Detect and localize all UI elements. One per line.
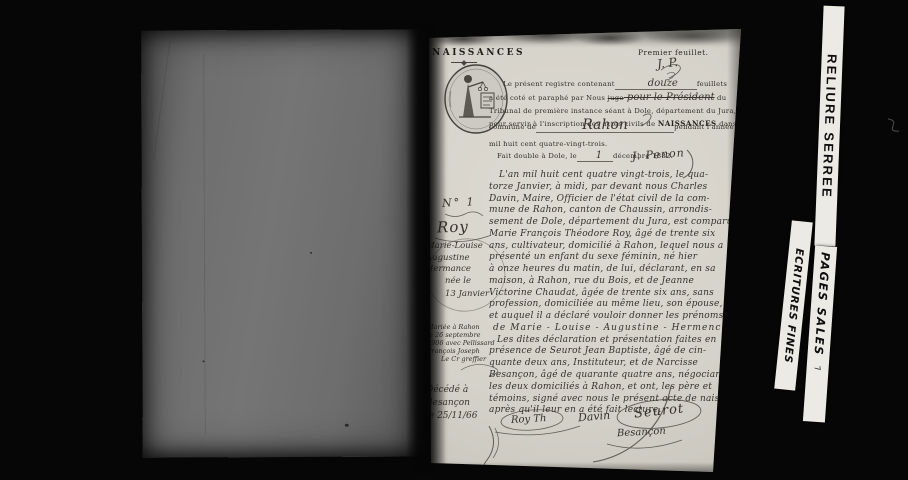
- margin-death-line: Besançon: [426, 397, 492, 410]
- page-crease: [153, 41, 170, 160]
- act-text-line: présenté un enfant du sexe féminin, né h…: [489, 252, 729, 264]
- act-number: N° 1: [442, 195, 476, 210]
- left-blank-page: [141, 29, 429, 457]
- margin-death-note: Décédé àBesançonle 25/11/66: [426, 384, 492, 423]
- margin-child-surname: Roy: [437, 217, 469, 236]
- page-crease: [203, 54, 206, 434]
- archive-label-text: RELIURE SERREE: [819, 53, 840, 198]
- officer-signature: Davin: [577, 409, 610, 425]
- preamble-line: Fait double à Dole, le1décembre 1882.: [489, 143, 741, 162]
- text-segment: commune de: [489, 123, 536, 131]
- dust-speck: [203, 360, 205, 362]
- page-edge-shadow: [425, 462, 743, 474]
- act-body-text: L'an mil huit cent quatre vingt-trois, l…: [489, 170, 729, 417]
- birth-act-page: NAISSANCES Premier feuillet. J. P. Le pr…: [425, 28, 743, 474]
- dust-speck: [310, 252, 312, 254]
- dust-speck: [345, 424, 349, 427]
- act-text-line: ans, cultivateur, domicilié à Rahon, leq…: [489, 241, 729, 253]
- registrar-paraph: J. P.: [656, 55, 678, 71]
- act-text-line: les deux domiciliés à Rahon, et ont, les…: [489, 382, 729, 394]
- margin-death-line: le 25/11/66: [426, 410, 492, 423]
- act-text-line: témoins, signé avec nous le présent acte…: [489, 394, 729, 406]
- act-text-line: torze Janvier, à midi, par devant nous C…: [489, 182, 729, 194]
- witness-signature: Besançon: [617, 426, 666, 440]
- act-text-line: Marie François Théodore Roy, âgé de tren…: [489, 229, 729, 241]
- archive-label-pages-sales: PAGES SALES 7: [803, 245, 837, 422]
- act-text-line: Besançon, âgé de quarante quatre ans, né…: [489, 370, 729, 382]
- act-text-line: profession, domiciliée au même lieu, son…: [489, 299, 729, 311]
- act-text-line: et auquel il a déclaré vouloir donner le…: [489, 311, 729, 323]
- act-text-line: L'an mil huit cent quatre vingt-trois, l…: [489, 170, 729, 182]
- archive-label-text: ECRITURES FINES: [781, 247, 805, 363]
- act-text-line: Davin, Maire, Officier de l'état civil d…: [489, 194, 729, 206]
- act-text-line: quante deux ans, Instituteur, et de Narc…: [489, 358, 729, 370]
- text-segment: 1: [577, 151, 613, 162]
- film-scratch-mark: [886, 116, 900, 134]
- act-text-line: Les dites déclaration et présentation fa…: [489, 335, 729, 347]
- declarant-signature: Roy Th: [511, 413, 547, 426]
- archive-label-annotation: 7: [813, 366, 822, 372]
- act-text-line: présence de Seurot Jean Baptiste, âgé de…: [489, 346, 729, 358]
- act-text-line: maison, à Rahon, rue du Bois, et de Jean…: [489, 276, 729, 288]
- act-text-line: Victorine Chaudat, âgée de trente six an…: [489, 288, 729, 300]
- page-title: NAISSANCES: [432, 48, 525, 58]
- divider-ornament-icon: [451, 62, 477, 63]
- act-text-line: de Marie - Louise - Augustine - Hermence…: [489, 323, 729, 335]
- margin-death-line: Décédé à: [426, 384, 492, 397]
- microfilm-scan-viewport: NAISSANCES Premier feuillet. J. P. Le pr…: [0, 0, 908, 480]
- archive-label-text: PAGES SALES: [811, 252, 832, 357]
- act-text-line: sement de Dole, département du Jura, est…: [489, 217, 729, 229]
- archive-label-reliure-serree: RELIURE SERREE: [814, 6, 844, 247]
- text-segment: Fait double à Dole, le: [497, 152, 577, 160]
- text-segment: pendant l'année: [674, 123, 734, 131]
- act-text-line: à onze heures du matin, de lui, déclaran…: [489, 264, 729, 276]
- act-text-line: mune de Rahon, canton de Chaussin, arron…: [489, 205, 729, 217]
